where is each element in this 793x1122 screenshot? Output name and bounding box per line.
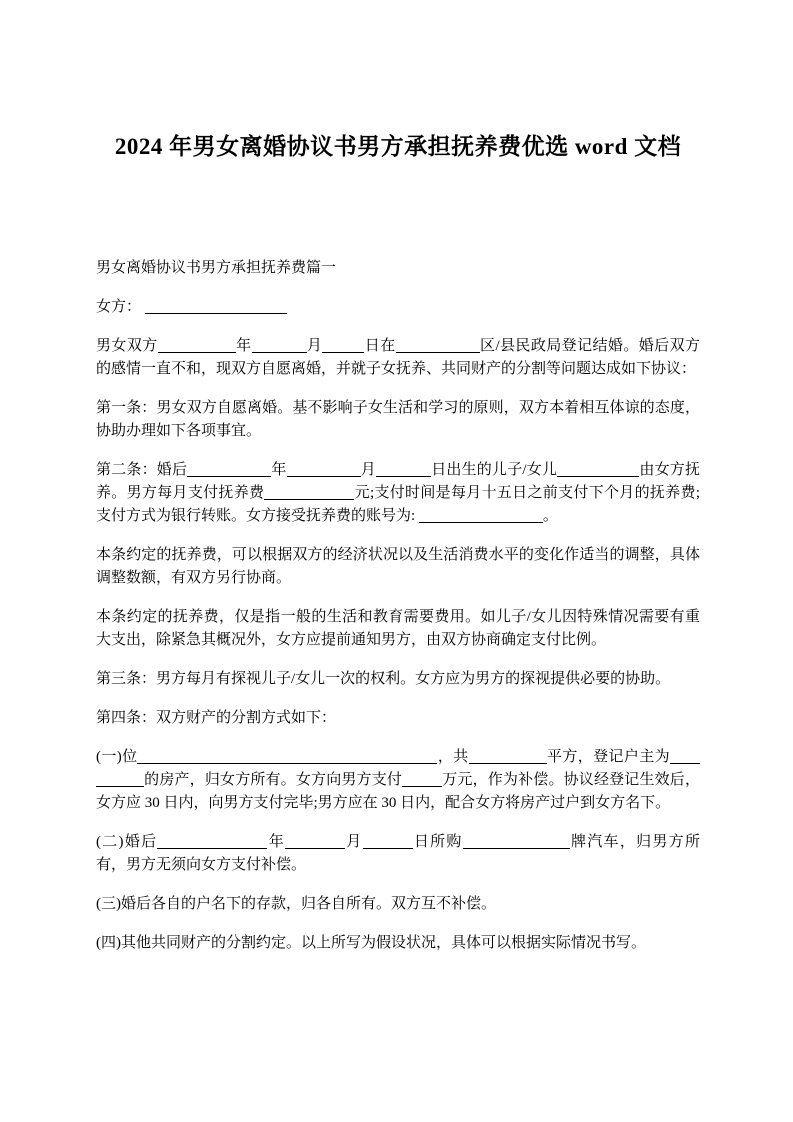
text-run: 年: [267, 834, 285, 850]
paragraph: 第四条：双方财产的分割方式如下：: [96, 707, 700, 730]
text-run: 第四条：双方财产的分割方式如下：: [96, 710, 336, 726]
paragraph: (三)婚后各自的户名下的存款，归各自所有。双方互不补偿。: [96, 893, 700, 916]
blank-underline: [157, 834, 267, 849]
paragraph: 本条约定的抚养费，可以根据双方的经济状况以及生活消费水平的变化作适当的调整，具体…: [96, 544, 700, 590]
blank-underline: [187, 462, 271, 477]
document-title: 2024 年男女离婚协议书男方承担抚养费优选 word 文档: [96, 132, 700, 162]
blank-underline: [96, 772, 144, 787]
paragraph: 第三条：男方每月有探视儿子/女儿一次的权利。女方应为男方的探视提供必要的协助。: [96, 668, 700, 691]
paragraph: 男女双方年月日在区/县民政局登记结婚。婚后双方的感情一直不和，现双方自愿离婚，并…: [96, 335, 700, 381]
text-run: 月: [361, 462, 376, 478]
document-page: 2024 年男女离婚协议书男方承担抚养费优选 word 文档 男女离婚协议书男方…: [0, 0, 793, 1122]
text-run: 月: [307, 338, 323, 354]
paragraph: (一)位，共平方，登记户主为的房产，归女方所有。女方向男方支付万元，作为补偿。协…: [96, 746, 700, 815]
text-run: 第二条：婚后: [96, 462, 187, 478]
text-run: 本条约定的抚养费，可以根据双方的经济状况以及生活消费水平的变化作适当的调整，具体…: [96, 547, 700, 586]
text-run: 男女双方: [96, 338, 158, 354]
document-body: 男女离婚协议书男方承担抚养费篇一女方： 男女双方年月日在区/县民政局登记结婚。婚…: [96, 257, 700, 955]
blank-underline: [158, 338, 236, 353]
text-run: (二)婚后: [96, 834, 157, 850]
paragraph: 本条约定的抚养费，仅是指一般的生活和教育需要费用。如儿子/女儿因特殊情况需要有重…: [96, 606, 700, 652]
blank-underline: [670, 749, 700, 764]
text-run: (三)婚后各自的户名下的存款，归各自所有。双方互不补偿。: [96, 896, 496, 912]
text-run: 的房产，归女方所有。女方向男方支付: [144, 772, 402, 788]
blank-underline: [469, 749, 547, 764]
text-run: 。: [543, 508, 558, 524]
text-run: 年: [236, 338, 252, 354]
text-run: 年: [271, 462, 286, 478]
text-run: 日在: [364, 338, 395, 354]
paragraph: (四)其他共同财产的分割约定。以上所写为假设状况，具体可以根据实际情况书写。: [96, 932, 700, 955]
text-run: ，共: [437, 749, 468, 765]
paragraph: 女方：: [96, 296, 700, 319]
blank-underline: [287, 462, 361, 477]
blank-underline: [396, 338, 480, 353]
text-run: 女方：: [96, 299, 145, 315]
text-run: 本条约定的抚养费，仅是指一般的生活和教育需要费用。如儿子/女儿因特殊情况需要有重…: [96, 609, 700, 648]
blank-underline: [557, 462, 639, 477]
paragraph: 男女离婚协议书男方承担抚养费篇一: [96, 257, 700, 280]
text-run: 第三条：男方每月有探视儿子/女儿一次的权利。女方应为男方的探视提供必要的协助。: [96, 671, 670, 687]
text-run: (一)位: [96, 749, 137, 765]
blank-underline: [376, 462, 431, 477]
paragraph: 第一条：男女双方自愿离婚。基不影响子女生活和学习的原则，双方本着相互体谅的态度，…: [96, 397, 700, 443]
blank-underline: [322, 338, 364, 353]
blank-underline: [145, 299, 287, 314]
blank-underline: [363, 834, 413, 849]
text-run: 日出生的儿子/女儿: [431, 462, 557, 478]
text-run: 日所购: [413, 834, 463, 850]
blank-underline: [252, 338, 307, 353]
text-run: (四)其他共同财产的分割约定。以上所写为假设状况，具体可以根据实际情况书写。: [96, 935, 646, 951]
blank-underline: [264, 485, 354, 500]
blank-underline: [419, 508, 543, 523]
blank-underline: [402, 772, 442, 787]
text-run: 男女离婚协议书男方承担抚养费篇一: [96, 260, 336, 276]
blank-underline: [285, 834, 345, 849]
paragraph: 第二条：婚后年月日出生的儿子/女儿由女方抚养。男方每月支付抚养费元;支付时间是每…: [96, 459, 700, 528]
text-run: 月: [345, 834, 363, 850]
text-run: 平方，登记户主为: [547, 749, 670, 765]
blank-underline: [463, 834, 570, 849]
text-run: 第一条：男女双方自愿离婚。基不影响子女生活和学习的原则，双方本着相互体谅的态度，…: [96, 400, 700, 439]
blank-underline: [137, 749, 437, 764]
paragraph: (二)婚后年月日所购牌汽车，归男方所有，男方无须向女方支付补偿。: [96, 831, 700, 877]
